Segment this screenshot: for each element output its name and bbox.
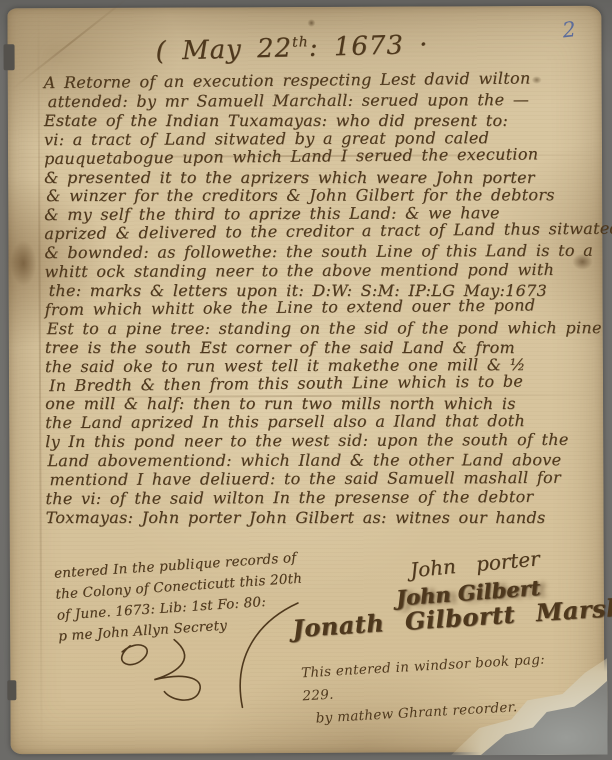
text-line: one mill & half: then to run two mills n… <box>45 396 593 415</box>
date-heading-sup: th <box>292 34 309 50</box>
binding-mark <box>4 44 15 70</box>
pen-flourish <box>88 635 218 706</box>
text-line: from which whitt oke the Line to extend … <box>45 296 593 320</box>
text-line: attended: by mr Samuell Marchall: serued… <box>48 91 592 112</box>
date-heading: ( May 22th: 1673 · <box>155 29 456 67</box>
text-line: In Bredth & then from this south Line wh… <box>49 371 593 395</box>
date-heading-suffix: : 1673 · <box>308 30 428 63</box>
text-line: the vi: of the said wilton In the presen… <box>45 488 593 509</box>
body-text: A Retorne of an execution respecting Les… <box>44 72 594 528</box>
text-line: & winzer for the creditors & John Gilber… <box>46 187 592 207</box>
text-line: pauquetabogue upon which Land I serued t… <box>44 145 592 169</box>
text-line: tree is the south Est corner of the said… <box>45 339 593 358</box>
fold-crease <box>37 8 42 754</box>
ink-stain <box>10 240 36 286</box>
text-line: Est to a pine tree: standing on the sid … <box>47 319 593 339</box>
text-line: whitt ock standing neer to the above men… <box>44 261 592 282</box>
manuscript-page: 2 ( May 22th: 1673 · A Retorne of an exe… <box>7 6 604 755</box>
photo-backdrop: 2 ( May 22th: 1673 · A Retorne of an exe… <box>0 0 612 760</box>
text-line: ly In this pond neer to the west sid: up… <box>45 431 593 452</box>
binding-mark <box>7 680 16 700</box>
page-number: 2 <box>561 17 577 42</box>
date-heading-prefix: ( May 22 <box>155 33 292 66</box>
text-line: Land abovementiond: which Iland & the ot… <box>47 451 593 471</box>
ink-stain <box>307 19 315 27</box>
text-line: Estate of the Indian Tuxamayas: who did … <box>44 112 592 131</box>
registry-entry-note: entered In the publique records of the C… <box>53 547 308 647</box>
text-line: Toxmayas: John porter John Gilbert as: w… <box>46 509 594 528</box>
